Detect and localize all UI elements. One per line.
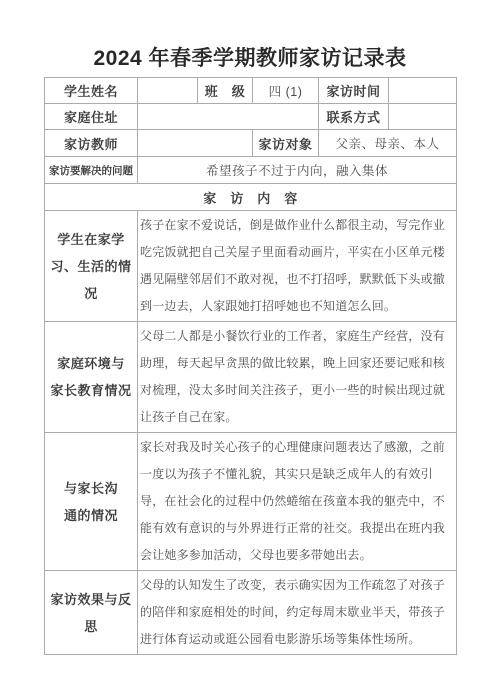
- class-value: 四 (1): [253, 78, 319, 104]
- row-section-communication: 与家长沟 通的情况 家长对我及时关心孩子的心理健康问题表达了感激，之前一度以为孩…: [45, 433, 457, 571]
- visit-target-label: 家访对象: [253, 130, 319, 157]
- class-label: 班 级: [198, 78, 253, 104]
- section-text-family-env: 父母二人都是小餐饮行业的工作者，家庭生产经营，没有助理，每天起早贪黑的做比较累，…: [138, 322, 457, 433]
- row-teacher: 家访教师 家访对象 父亲、母亲、本人: [45, 130, 457, 157]
- problem-label: 家访要解决的问题: [45, 157, 138, 184]
- visit-content-header: 家 访 内 容: [45, 184, 457, 211]
- row-address: 家庭住址 联系方式: [45, 104, 457, 130]
- visit-target-value: 父亲、母亲、本人: [319, 130, 457, 157]
- contact-value: [389, 104, 457, 130]
- address-label: 家庭住址: [45, 104, 138, 130]
- address-value: [138, 104, 319, 130]
- row-student-info: 学生姓名 班 级 四 (1) 家访时间: [45, 78, 457, 104]
- section-text-reflection: 父母的认知发生了改变，表示确实因为工作疏忽了对孩子的陪伴和家庭相处的时间，约定每…: [138, 571, 457, 655]
- student-name-value: [138, 78, 198, 104]
- teacher-value: [138, 130, 253, 157]
- section-text-communication: 家长对我及时关心孩子的心理健康问题表达了感激，之前一度以为孩子不懂礼貌，其实只是…: [138, 433, 457, 571]
- student-name-label: 学生姓名: [45, 78, 138, 104]
- section-label-student-home: 学生在家学 习、生活的情况: [45, 211, 138, 322]
- visit-time-label: 家访时间: [319, 78, 389, 104]
- row-problem: 家访要解决的问题 希望孩子不过于内向，融入集体: [45, 157, 457, 184]
- row-section-reflection: 家访效果与反思 父母的认知发生了改变，表示确实因为工作疏忽了对孩子的陪伴和家庭相…: [45, 571, 457, 655]
- contact-label: 联系方式: [319, 104, 389, 130]
- row-section-student-home: 学生在家学 习、生活的情况 孩子在家不爱说话，倒是做作业什么都很主动，写完作业吃…: [45, 211, 457, 322]
- document-page: 2024 年春季学期教师家访记录表 学生姓名 班 级 四 (1) 家访时间 家庭…: [0, 0, 500, 691]
- row-content-header: 家 访 内 容: [45, 184, 457, 211]
- problem-value: 希望孩子不过于内向，融入集体: [138, 157, 457, 184]
- section-label-family-env: 家庭环境与 家长教育情况: [45, 322, 138, 433]
- home-visit-form-table: 学生姓名 班 级 四 (1) 家访时间 家庭住址 联系方式 家访教师 家访对象 …: [44, 77, 457, 655]
- section-text-student-home: 孩子在家不爱说话，倒是做作业什么都很主动，写完作业吃完饭就把自己关屋子里面看动画…: [138, 211, 457, 322]
- section-label-communication: 与家长沟 通的情况: [45, 433, 138, 571]
- visit-time-value: [389, 78, 457, 104]
- form-title: 2024 年春季学期教师家访记录表: [0, 0, 500, 72]
- section-label-reflection: 家访效果与反思: [45, 571, 138, 655]
- teacher-label: 家访教师: [45, 130, 138, 157]
- row-section-family-env: 家庭环境与 家长教育情况 父母二人都是小餐饮行业的工作者，家庭生产经营，没有助理…: [45, 322, 457, 433]
